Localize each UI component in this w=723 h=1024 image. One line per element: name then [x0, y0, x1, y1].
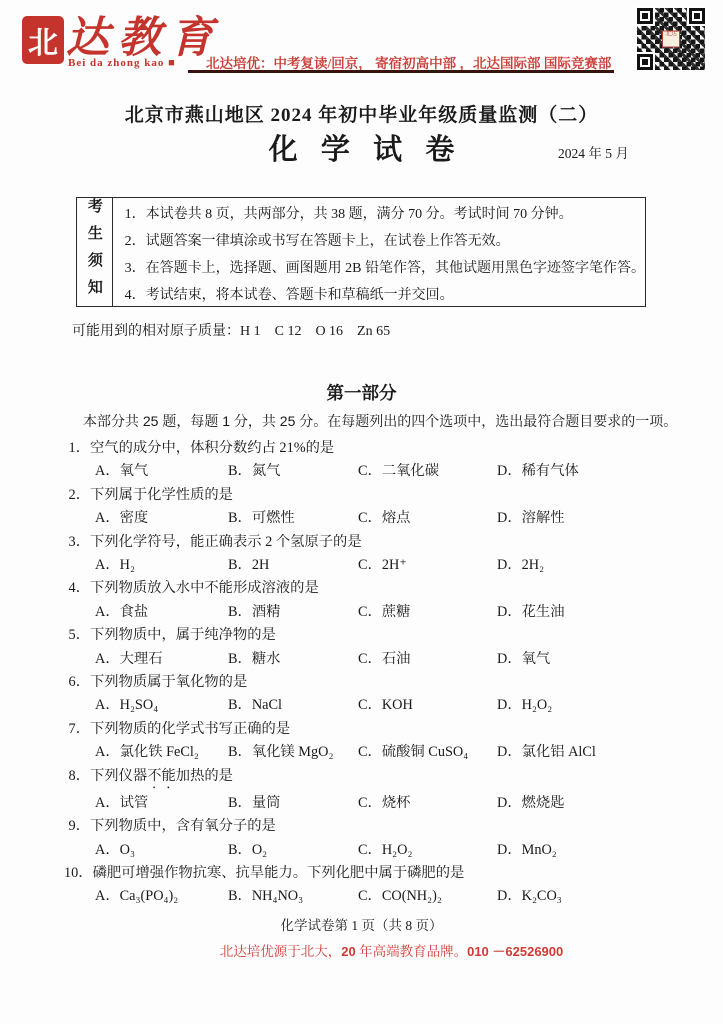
question-number: 9． [64, 815, 90, 838]
question-number: 5． [64, 624, 90, 647]
qr-finder-icon [689, 8, 705, 24]
question-number: 2． [64, 484, 90, 507]
question-stem: 下列物质放入水中不能形成溶液的是 [90, 577, 319, 600]
question-option: C．2H⁺ [358, 554, 497, 577]
question-option: A．氧气 [95, 460, 228, 483]
question-option: D．花生油 [497, 601, 565, 624]
question-option: A．试管 [95, 792, 228, 815]
question-option: C．蔗糖 [358, 601, 497, 624]
question-stem: 下列物质的化学式书写正确的是 [90, 718, 290, 741]
promo-years: 20 [341, 944, 355, 959]
question-block: 1． 空气的成分中，体积分数约占 21%的是 A．氧气 B．氮气 C．二氧化碳 … [64, 437, 694, 484]
part1-intro: 本部分共 25 题，每题 1 分，共 25 分。在每题列出的四个选项中，选出最符… [83, 411, 677, 431]
question-number: 7． [64, 718, 90, 741]
question-stem: 下列物质中，含有氧分子的是 [90, 815, 276, 838]
qr-finder-icon [637, 8, 653, 24]
header-divider [188, 70, 614, 73]
question-option: B．O₂ [228, 839, 358, 862]
brand-seal-logo: 北 [22, 16, 64, 64]
question-option: D．MnO₂ [497, 839, 557, 862]
question-stem: 下列物质属于氧化物的是 [90, 671, 247, 694]
promo-text: 年高端教育品牌。 [356, 944, 467, 959]
question-block: 3． 下列化学符号，能正确表示 2 个氢原子的是 A．H₂ B．2H C．2H⁺… [64, 531, 694, 578]
question-option: A．H₂ [95, 554, 228, 577]
question-block: 5． 下列物质中，属于纯净物的是 A．大理石 B．糖水 C．石油 D．氧气 [64, 624, 694, 671]
question-option: D．稀有气体 [497, 460, 579, 483]
header-slogan: 北达培优：中考复读/回京， 寄宿初高中部 ，北达国际部 国际竞赛部 [206, 52, 611, 72]
question-option: C．石油 [358, 648, 497, 671]
question-option: C．H₂O₂ [358, 839, 497, 862]
question-stem: 下列化学符号，能正确表示 2 个氢原子的是 [90, 531, 362, 554]
exam-title: 北京市燕山地区 2024 年初中毕业年级质量监测（二） [0, 100, 723, 127]
promo-phone: 010 －62526900 [467, 944, 563, 959]
notice-side-label: 考生须知 [77, 198, 113, 306]
question-block: 9． 下列物质中，含有氧分子的是 A．O₃ B．O₂ C．H₂O₂ D．MnO₂ [64, 815, 694, 862]
promo-text: 北达培优源于北大， [220, 944, 342, 959]
question-option: B．氮气 [228, 460, 358, 483]
question-stem: 下列属于化学性质的是 [90, 484, 233, 507]
questions-list: 1． 空气的成分中，体积分数约占 21%的是 A．氧气 B．氮气 C．二氧化碳 … [64, 437, 694, 909]
question-option: B．可燃性 [228, 507, 358, 530]
seal-character: 北 [28, 18, 58, 62]
qr-code: 北达 [637, 8, 705, 70]
question-option: A．O₃ [95, 839, 228, 862]
question-option: D．K₂CO₃ [497, 885, 562, 908]
qr-finder-icon [637, 54, 653, 70]
question-option: C．熔点 [358, 507, 497, 530]
question-stem: 下列物质中，属于纯净物的是 [90, 624, 276, 647]
exam-date: 2024 年 5 月 [558, 142, 629, 162]
question-option: B．糖水 [228, 648, 358, 671]
question-option: C．二氧化碳 [358, 460, 497, 483]
candidate-notice-box: 考生须知 1．本试卷共 8 页，共两部分，共 38 题，满分 70 分。考试时间… [76, 197, 646, 307]
question-option: D．燃烧匙 [497, 792, 565, 815]
atomic-mass-line: 可能用到的相对原子质量：H 1 C 12 O 16 Zn 65 [72, 320, 390, 340]
question-stem: 空气的成分中，体积分数约占 21%的是 [90, 437, 334, 460]
question-number: 6． [64, 671, 90, 694]
question-option: A．大理石 [95, 648, 228, 671]
brand-subtitle: Bei da zhong kao ■ [68, 57, 176, 69]
question-number: 3． [64, 531, 90, 554]
question-option: C．硫酸铜 CuSO₄ [358, 741, 497, 764]
question-option: A．密度 [95, 507, 228, 530]
question-block: 2． 下列属于化学性质的是 A．密度 B．可燃性 C．熔点 D．溶解性 [64, 484, 694, 531]
question-block: 6． 下列物质属于氧化物的是 A．H₂SO₄ B．NaCl C．KOH D．H₂… [64, 671, 694, 718]
question-option: B．氧化镁 MgO₂ [228, 741, 358, 764]
question-option: D．H₂O₂ [497, 694, 552, 717]
question-option: D．氯化铝 AlCl [497, 741, 596, 764]
part1-heading: 第一部分 [0, 380, 723, 405]
brand-script-text: 达教育 [66, 4, 222, 65]
question-block: 10． 磷肥可增强作物抗寒、抗旱能力。下列化肥中属于磷肥的是 A．Ca₃(PO₄… [64, 862, 694, 909]
notice-item: 2．试题答案一律填涂或书写在答题卡上，在试卷上作答无效。 [125, 228, 645, 255]
question-number: 10． [64, 862, 93, 885]
notice-items: 1．本试卷共 8 页，共两部分，共 38 题，满分 70 分。考试时间 70 分… [113, 198, 645, 306]
question-stem: 磷肥可增强作物抗寒、抗旱能力。下列化肥中属于磷肥的是 [93, 862, 465, 885]
notice-item: 3．在答题卡上，选择题、画图题用 2B 铅笔作答，其他试题用黑色字迹签字笔作答。 [125, 255, 645, 282]
question-number: 4． [64, 577, 90, 600]
question-option: A．Ca₃(PO₄)₂ [95, 885, 228, 908]
question-option: D．2H₂ [497, 554, 544, 577]
exam-paper-page: 北 达教育 Bei da zhong kao ■ 北达培优：中考复读/回京， 寄… [0, 0, 723, 1024]
question-option: B．2H [228, 554, 358, 577]
question-option: B．酒精 [228, 601, 358, 624]
question-option: A．氯化铁 FeCl₂ [95, 741, 228, 764]
question-option: C．烧杯 [358, 792, 497, 815]
question-number: 8． [64, 765, 90, 792]
qr-center-logo: 北达 [662, 31, 680, 48]
page-number: 化学试卷第 1 页（共 8 页） [0, 914, 723, 934]
question-block: 7． 下列物质的化学式书写正确的是 A．氯化铁 FeCl₂ B．氧化镁 MgO₂… [64, 718, 694, 765]
question-stem: 下列仪器不能加热的是 [90, 765, 233, 792]
question-block: 8． 下列仪器不能加热的是 A．试管 B．量筒 C．烧杯 D．燃烧匙 [64, 765, 694, 815]
notice-item: 4．考试结束，将本试卷、答题卡和草稿纸一并交回。 [125, 282, 645, 309]
question-option: C．KOH [358, 694, 497, 717]
question-option: C．CO(NH₂)₂ [358, 885, 497, 908]
footer-promo: 北达培优源于北大，20 年高端教育品牌。010 －62526900 [0, 940, 723, 960]
question-option: D．溶解性 [497, 507, 565, 530]
question-option: A．H₂SO₄ [95, 694, 228, 717]
question-option: D．氧气 [497, 648, 550, 671]
question-option: B．NaCl [228, 694, 358, 717]
question-block: 4． 下列物质放入水中不能形成溶液的是 A．食盐 B．酒精 C．蔗糖 D．花生油 [64, 577, 694, 624]
notice-item: 1．本试卷共 8 页，共两部分，共 38 题，满分 70 分。考试时间 70 分… [125, 201, 645, 228]
question-option: B．量筒 [228, 792, 358, 815]
question-option: A．食盐 [95, 601, 228, 624]
question-option: B．NH₄NO₃ [228, 885, 358, 908]
question-number: 1． [64, 437, 90, 460]
